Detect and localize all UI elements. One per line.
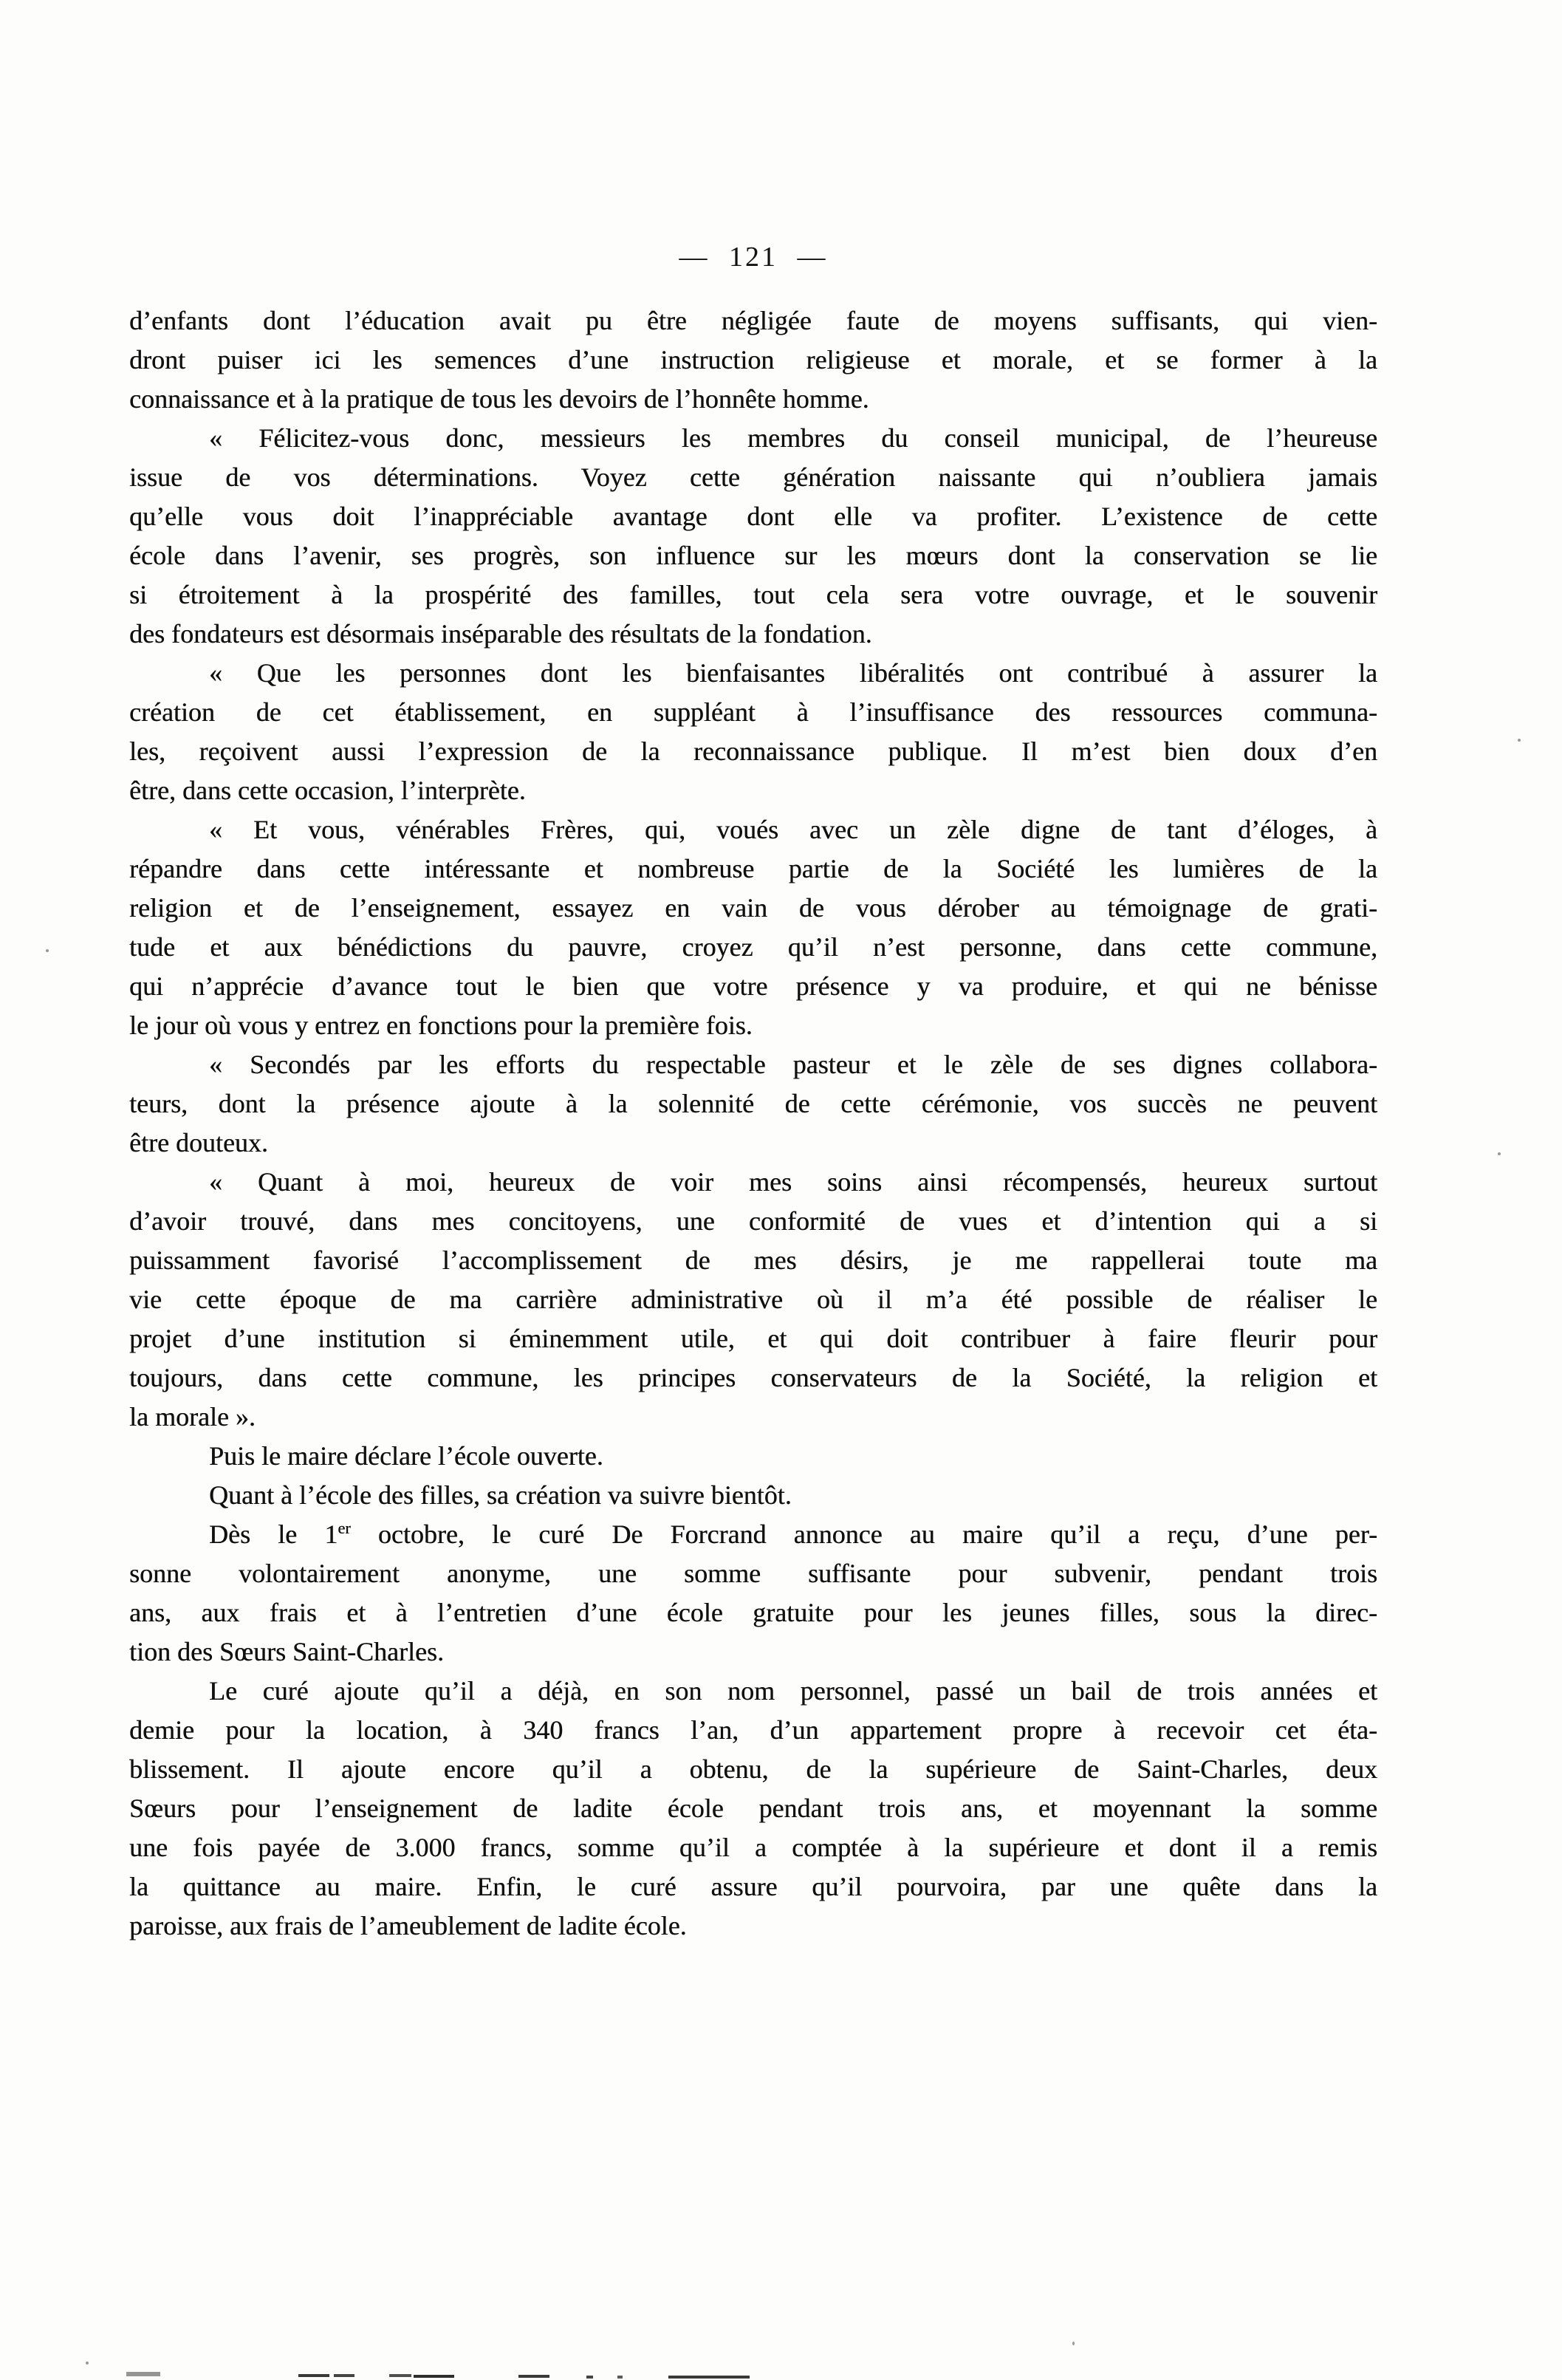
scan-speck	[46, 949, 49, 952]
text-line: connaissance et à la pratique de tous le…	[129, 380, 1377, 419]
paragraph: « Que les personnes dont les bienfaisant…	[129, 654, 1377, 810]
paragraph: Quant à l’école des filles, sa création …	[129, 1476, 1377, 1515]
text-line: répandre dans cette intéressante et nomb…	[129, 849, 1377, 889]
scan-artifact-dash	[298, 2374, 329, 2377]
text-line: ans, aux frais et à l’entretien d’une éc…	[129, 1593, 1377, 1632]
scan-artifact-dash	[389, 2374, 411, 2377]
text-line: être, dans cette occasion, l’interprète.	[129, 771, 1377, 810]
scan-speck	[1518, 739, 1521, 742]
scan-artifact-dash	[126, 2372, 160, 2376]
text-line: Dès le 1er octobre, le curé De Forcrand …	[129, 1515, 1377, 1554]
text-line: la quittance au maire. Enfin, le curé as…	[129, 1867, 1377, 1907]
text-line: issue de vos déterminations. Voyez cette…	[129, 458, 1377, 497]
scan-speck	[1498, 1152, 1501, 1155]
paragraph: « Félicitez-vous donc, messieurs les mem…	[129, 419, 1377, 654]
text-line: être douteux.	[129, 1124, 1377, 1163]
text-line: paroisse, aux frais de l’ameublement de …	[129, 1907, 1377, 1946]
scan-artifact-dash	[586, 2376, 593, 2379]
scan-speck	[86, 2362, 89, 2364]
paragraph: « Secondés par les efforts du respectabl…	[129, 1045, 1377, 1163]
text-line: demie pour la location, à 340 francs l’a…	[129, 1711, 1377, 1750]
text-line: tion des Sœurs Saint-Charles.	[129, 1632, 1377, 1672]
body-text: d’enfants dont l’éducation avait pu être…	[129, 301, 1377, 1946]
ordinal-superscript: er	[338, 1519, 350, 1537]
text-line: vie cette époque de ma carrière administ…	[129, 1280, 1377, 1319]
paragraph: Dès le 1er octobre, le curé De Forcrand …	[129, 1515, 1377, 1672]
scan-artifact-dash	[617, 2376, 623, 2379]
text-line: création de cet établissement, en supplé…	[129, 693, 1377, 732]
text-line: projet d’une institution si éminemment u…	[129, 1319, 1377, 1358]
text-line: si étroitement à la prospérité des famil…	[129, 575, 1377, 615]
scan-speck	[1072, 2342, 1075, 2345]
text-line: religion et de l’enseignement, essayez e…	[129, 889, 1377, 928]
text-line: teurs, dont la présence ajoute à la sole…	[129, 1084, 1377, 1124]
scan-artifact-dash	[518, 2375, 549, 2378]
paragraph: Puis le maire déclare l’école ouverte.	[129, 1437, 1377, 1476]
paragraph: Le curé ajoute qu’il a déjà, en son nom …	[129, 1672, 1377, 1946]
text-line: les, reçoivent aussi l’expression de la …	[129, 732, 1377, 771]
text-line: sonne volontairement anonyme, une somme …	[129, 1554, 1377, 1593]
text-line: « Que les personnes dont les bienfaisant…	[129, 654, 1377, 693]
scan-artifact-dash	[668, 2376, 750, 2379]
text-line: dront puiser ici les semences d’une inst…	[129, 341, 1377, 380]
text-line: une fois payée de 3.000 francs, somme qu…	[129, 1828, 1377, 1867]
text-line: tude et aux bénédictions du pauvre, croy…	[129, 928, 1377, 967]
text-line: toujours, dans cette commune, les princi…	[129, 1358, 1377, 1398]
scanned-page: — 121 — d’enfants dont l’éducation avait…	[0, 0, 1562, 2380]
text-line: Puis le maire déclare l’école ouverte.	[129, 1437, 1377, 1476]
text-line: Sœurs pour l’enseignement de ladite écol…	[129, 1789, 1377, 1828]
text-line: qu’elle vous doit l’inappréciable avanta…	[129, 497, 1377, 536]
text-line: qui n’apprécie d’avance tout le bien que…	[129, 967, 1377, 1006]
text-line: d’avoir trouvé, dans mes concitoyens, un…	[129, 1202, 1377, 1241]
text-line: « Et vous, vénérables Frères, qui, voués…	[129, 810, 1377, 849]
text-line: Le curé ajoute qu’il a déjà, en son nom …	[129, 1672, 1377, 1711]
text-line: le jour où vous y entrez en fonctions po…	[129, 1006, 1377, 1045]
scan-artifact-dash	[414, 2375, 454, 2378]
paragraph: d’enfants dont l’éducation avait pu être…	[129, 301, 1377, 419]
text-line: d’enfants dont l’éducation avait pu être…	[129, 301, 1377, 341]
paragraph: « Et vous, vénérables Frères, qui, voués…	[129, 810, 1377, 1045]
scan-artifact-dash	[334, 2374, 354, 2377]
text-line: blissement. Il ajoute encore qu’il a obt…	[129, 1750, 1377, 1789]
page-number: — 121 —	[129, 241, 1377, 273]
text-line: la morale ».	[129, 1398, 1377, 1437]
text-line: « Félicitez-vous donc, messieurs les mem…	[129, 419, 1377, 458]
text-line: « Quant à moi, heureux de voir mes soins…	[129, 1163, 1377, 1202]
text-line: Quant à l’école des filles, sa création …	[129, 1476, 1377, 1515]
paragraph: « Quant à moi, heureux de voir mes soins…	[129, 1163, 1377, 1437]
text-line: puissamment favorisé l’accomplissement d…	[129, 1241, 1377, 1280]
text-line: des fondateurs est désormais inséparable…	[129, 615, 1377, 654]
text-line: école dans l’avenir, ses progrès, son in…	[129, 536, 1377, 575]
text-line: « Secondés par les efforts du respectabl…	[129, 1045, 1377, 1084]
